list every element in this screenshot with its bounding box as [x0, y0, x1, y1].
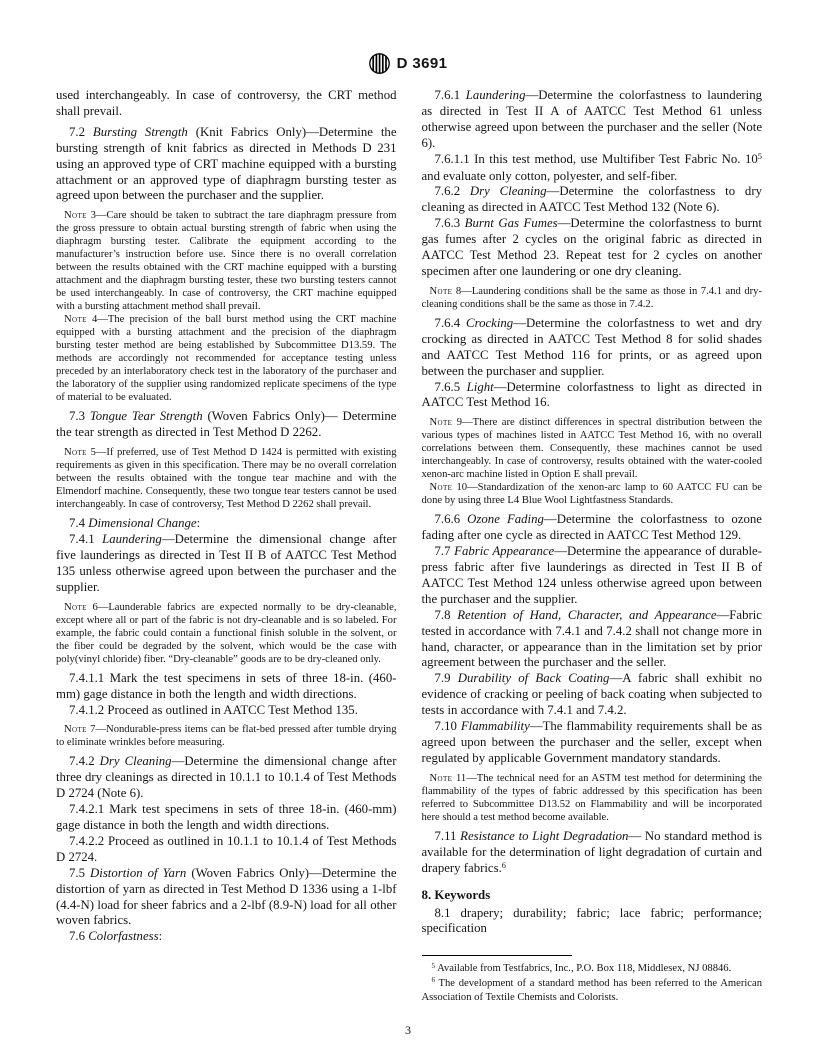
body-paragraph: 7.4.1.1 Mark the test specimens in sets …	[56, 671, 397, 703]
body-paragraph: 7.7 Fabric Appearance—Determine the appe…	[422, 544, 763, 608]
page-number: 3	[0, 1023, 816, 1038]
document-designation: D 3691	[397, 55, 448, 72]
body-paragraph: 7.3 Tongue Tear Strength (Woven Fabrics …	[56, 409, 397, 441]
body-paragraph: 7.6.2 Dry Cleaning—Determine the colorfa…	[422, 184, 763, 216]
two-column-body: used interchangeably. In case of controv…	[56, 88, 762, 1004]
body-paragraph: 7.4.1.2 Proceed as outlined in AATCC Tes…	[56, 703, 397, 719]
note-paragraph: Note 11—The technical need for an ASTM t…	[422, 772, 763, 824]
page-header: D 3691	[0, 53, 816, 74]
body-paragraph: 7.8 Retention of Hand, Character, and Ap…	[422, 608, 763, 672]
astm-logo-icon	[369, 53, 390, 74]
body-paragraph: 7.2 Bursting Strength (Knit Fabrics Only…	[56, 125, 397, 205]
body-paragraph: 8.1 drapery; durability; fabric; lace fa…	[422, 906, 763, 938]
body-paragraph: 7.4.2 Dry Cleaning—Determine the dimensi…	[56, 754, 397, 802]
note-paragraph: Note 4—The precision of the ball burst m…	[56, 313, 397, 404]
body-paragraph: 7.6.3 Burnt Gas Fumes—Determine the colo…	[422, 216, 763, 280]
body-paragraph: 7.9 Durability of Back Coating—A fabric …	[422, 671, 763, 719]
body-paragraph: 7.5 Distortion of Yarn (Woven Fabrics On…	[56, 866, 397, 930]
body-paragraph: 7.4.1 Laundering—Determine the dimension…	[56, 532, 397, 596]
body-paragraph: 7.6.1 Laundering—Determine the colorfast…	[422, 88, 763, 152]
footnotes: 5 Available from Testfabrics, Inc., P.O.…	[422, 955, 763, 1004]
column-left: used interchangeably. In case of controv…	[56, 88, 397, 1004]
note-paragraph: Note 3—Care should be taken to subtract …	[56, 209, 397, 313]
body-paragraph: 7.6.4 Crocking—Determine the colorfastne…	[422, 316, 763, 380]
footnote-separator	[422, 955, 572, 956]
body-paragraph: 7.10 Flammability—The flammability requi…	[422, 719, 763, 767]
body-paragraph: 7.6.1.1 In this test method, use Multifi…	[422, 152, 763, 185]
body-paragraph: 7.6.5 Light—Determine colorfastness to l…	[422, 380, 763, 412]
note-paragraph: Note 10—Standardization of the xenon-arc…	[422, 481, 763, 507]
note-paragraph: Note 6—Launderable fabrics are expected …	[56, 601, 397, 666]
body-paragraph: 7.6.6 Ozone Fading—Determine the colorfa…	[422, 512, 763, 544]
footnote: 5 Available from Testfabrics, Inc., P.O.…	[422, 962, 763, 976]
document-page: D 3691 used interchangeably. In case of …	[0, 0, 816, 1056]
column-right: 7.6.1 Laundering—Determine the colorfast…	[422, 88, 763, 1004]
footnote: 6 The development of a standard method h…	[422, 977, 763, 1004]
body-paragraph: 7.4 Dimensional Change:	[56, 516, 397, 532]
note-paragraph: Note 5—If preferred, use of Test Method …	[56, 446, 397, 511]
note-paragraph: Note 8—Laundering conditions shall be th…	[422, 285, 763, 311]
note-paragraph: Note 7—Nondurable-press items can be fla…	[56, 723, 397, 749]
body-paragraph: 7.11 Resistance to Light Degradation— No…	[422, 829, 763, 878]
body-paragraph: 7.6 Colorfastness:	[56, 929, 397, 945]
section-heading: 8. Keywords	[422, 887, 763, 903]
note-paragraph: Note 9—There are distinct differences in…	[422, 416, 763, 481]
body-paragraph: used interchangeably. In case of controv…	[56, 88, 397, 120]
body-paragraph: 7.4.2.1 Mark test specimens in sets of t…	[56, 802, 397, 834]
body-paragraph: 7.4.2.2 Proceed as outlined in 10.1.1 to…	[56, 834, 397, 866]
